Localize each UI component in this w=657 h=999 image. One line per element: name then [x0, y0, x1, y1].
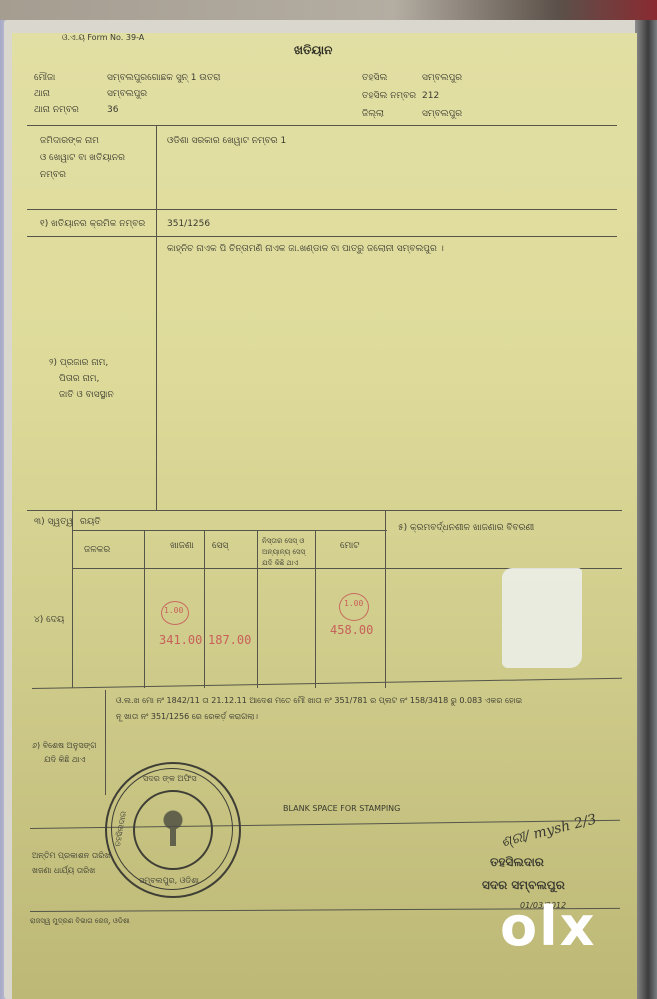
column-divider [144, 530, 145, 688]
printer-note: ରାଜସ୍ୱ ମୁଦ୍ରଣ ବିଭାଗ ରେଜ୍, ଓଡିଶା [30, 917, 130, 926]
payable-label: ୪) ଦେୟ [34, 615, 64, 625]
khatian-document: ଓ.ଏ.ୟ Form No. 39-A ଖତିୟାନ ମୌଜା ସମ୍ବଲପୁର… [12, 33, 637, 999]
khajana-handwritten: 341.00 [159, 633, 202, 647]
stamping-space-note: BLANK SPACE FOR STAMPING [283, 804, 400, 813]
tenant-label: ୨) ପ୍ରଜାର ନାମ, ପିତାର ନାମ, ଜାତି ଓ ବାସସ୍ଥା… [49, 355, 114, 403]
thana-value: ସମ୍ବଲପୁର [107, 89, 147, 99]
column-divider [156, 125, 157, 510]
district-value: ସମ୍ବଲପୁର [422, 109, 462, 119]
column-divider [385, 510, 386, 688]
final-publication-label: ଅନ୍ତିମ ପ୍ରକାଶନ ତାରିଖ ଖଜଣା ଧାର୍ଯ୍ୟ ତାରିଖ [32, 848, 110, 878]
divider [27, 236, 617, 237]
special-label: ୬) ବିଶେଷ ଅନୁସଙ୍ଗ ଯଦି କିଛି ଥାଏ [32, 739, 96, 767]
column-divider [315, 530, 316, 688]
thana-label: ଥାନା [34, 89, 50, 99]
special-text-line-2: ନୂ ଖାତା ନଂ 351/1256 ରେ ରେକର୍ଡ଼ କରାଗଲା। [116, 712, 258, 722]
share-header-cess: ସେସ୍ [212, 541, 228, 551]
total-handwritten: 458.00 [330, 623, 373, 637]
khajana-circled: 1.00 [164, 606, 183, 615]
thana-number-label: ଥାନା ନମ୍ବର [34, 105, 79, 115]
cess-handwritten: 187.00 [208, 633, 251, 647]
seal-text-bottom: ସମ୍ବଲପୁର, ଓଡିଶା [139, 876, 199, 886]
special-text-line-1: ଓ.ଲ.ଖ ମୋ ନଂ 1842/11 ତା 21.12.11 ଆଦେଶ ମତେ… [116, 696, 522, 706]
tahasil-number-label: ତହସିଲ ନମ୍ବର [362, 91, 416, 101]
divider [32, 678, 622, 689]
right-value: ରୟତି [80, 517, 101, 527]
tenant-value: କାହ୍ନିଚ ନାଏକ ପି ଚିନ୍ତାମଣି ନାଏକ ଜା.ଖଣ୍ଡାଳ… [167, 244, 444, 254]
form-number: ଓ.ଏ.ୟ Form No. 39-A [62, 33, 144, 43]
tahasil-value: ସମ୍ବଲପୁର [422, 73, 462, 83]
signatory-designation: ତହସିଲଦାର [490, 855, 544, 870]
column-divider [257, 530, 258, 688]
thana-number-value: 36 [107, 105, 118, 115]
document-title: ଖତିୟାନ [294, 43, 332, 58]
share-header-total: ମୋଟ [340, 541, 360, 551]
district-label: ଜିଲ୍ଲା [362, 109, 384, 119]
share-header-jalakar: ଜଳକର [84, 545, 110, 555]
zamindar-label: ଜମିଦାରଙ୍କ ନାମ ଓ ଖେୱାଟ ବା ଖତିୟାନର ନମ୍ବର [40, 133, 125, 184]
signature: ଶ୍ରୀ/ mysh 2/3 [500, 811, 599, 850]
divider [27, 510, 622, 511]
share-header-other-cess: ନିସ୍ତାର ସେସ୍ ଓ ଅନ୍ୟାନ୍ୟ ସେସ୍ ଯଦି କିଛି ଥା… [262, 536, 312, 569]
official-seal: ସଦର ଙ୍କ ଅଫିସ ତହସିଲଦାର ସମ୍ବଲପୁର, ଓଡିଶା [105, 762, 241, 898]
total-circled: 1.00 [344, 599, 363, 608]
divider [27, 125, 617, 126]
khatian-serial-label: ୧) ଖତିୟାନର କ୍ରମିକ ନମ୍ବର [40, 219, 145, 229]
background-surface-right [635, 20, 657, 999]
ashoka-emblem-icon [159, 808, 187, 848]
mouza-label: ମୌଜା [34, 73, 55, 83]
zamindar-value: ଓଡିଶା ସରକାର ଖେୱାଟ ନମ୍ବର 1 [167, 136, 286, 146]
tahasil-label: ତହସିଲ [362, 73, 387, 83]
olx-watermark-logo: olx [500, 895, 596, 958]
divider [72, 530, 387, 531]
column-divider [204, 530, 205, 688]
right-label: ୩) ସ୍ୱତ୍ୱ [34, 517, 73, 527]
khatian-serial-value: 351/1256 [167, 219, 210, 229]
tahasil-number-value: 212 [422, 91, 439, 101]
torn-paper-patch [502, 568, 582, 668]
column-divider [105, 690, 106, 795]
divider [27, 209, 617, 210]
cumulative-label: ୫) କ୍ରମବର୍ଦ୍ଧନଶୀଳ ଖାଜଣାର ବିବରଣୀ [398, 523, 534, 533]
signatory-office: ସଦର ସମ୍ବଲପୁର [482, 878, 565, 893]
column-divider [72, 510, 73, 688]
share-header-khajana: ଖାଜଣା [170, 541, 194, 551]
mouza-value: ସମ୍ବଲପୁରଗୋଛକ ସୁନ୍‌ 1 ଉତରା [107, 73, 220, 83]
seal-text-top: ସଦର ଙ୍କ ଅଫିସ [143, 774, 197, 784]
